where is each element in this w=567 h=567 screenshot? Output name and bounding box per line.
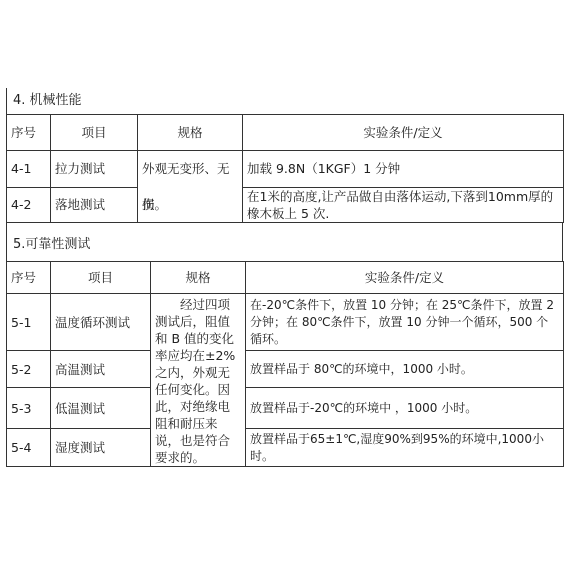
section-5-title: 5.可靠性测试 (6, 223, 563, 261)
header-condition: 实验条件/定义 (243, 115, 564, 151)
header-item: 项目 (51, 262, 151, 294)
row-id: 5-1 (7, 294, 51, 351)
table-header-row: 序号 项目 规格 实验条件/定义 (7, 115, 564, 151)
row-condition: 在1米的高度,让产品做自由落体运动,下落到10mm厚的橡木板上 5 次. (243, 187, 564, 223)
row-item: 温度循环测试 (51, 294, 151, 351)
row-item: 拉力测试 (51, 151, 138, 188)
row-condition: 加载 9.8N（1KGF）1 分钟 (243, 151, 564, 188)
row-item: 湿度测试 (51, 429, 151, 467)
row-condition: 放置样品于 80℃的环境中，1000 小时。 (246, 351, 564, 388)
table-row: 4-2 落地测试 在1米的高度,让产品做自由落体运动,下落到10mm厚的橡木板上… (7, 187, 564, 223)
reliability-test-table: 序号 项目 规格 实验条件/定义 5-1 温度循环测试 经过四项测试后，阻值和 … (6, 261, 564, 467)
row-condition: 在-20℃条件下，放置 10 分钟；在 25℃条件下，放置 2 分钟；在 80℃… (246, 294, 564, 351)
row-id: 5-3 (7, 388, 51, 429)
row-id: 5-2 (7, 351, 51, 388)
table-row: 5-2 高温测试 放置样品于 80℃的环境中，1000 小时。 (7, 351, 564, 388)
table-row: 4-1 拉力测试 外观无变形、无损 伤。 加载 9.8N（1KGF）1 分钟 (7, 151, 564, 188)
row-item: 高温测试 (51, 351, 151, 388)
row-item: 落地测试 (51, 187, 138, 223)
header-seq: 序号 (7, 262, 51, 294)
mechanical-performance-table: 序号 项目 规格 实验条件/定义 4-1 拉力测试 外观无变形、无损 伤。 加载… (6, 114, 564, 223)
row-id: 4-1 (7, 151, 51, 188)
row-id: 5-4 (7, 429, 51, 467)
header-seq: 序号 (7, 115, 51, 151)
row-condition: 放置样品于65±1℃,湿度90%到95%的环境中,1000小时。 (246, 429, 564, 467)
header-condition: 实验条件/定义 (246, 262, 564, 294)
document: 4. 机械性能 序号 项目 规格 实验条件/定义 4-1 拉力测试 外观无变形、… (6, 88, 563, 467)
table-row: 5-3 低温测试 放置样品于-20℃的环境中 ，1000 小时。 (7, 388, 564, 429)
row-spec: 外观无变形、无损 伤。 (138, 151, 243, 223)
spec-line-1: 外观无变形、无损 (142, 151, 238, 187)
row-spec: 经过四项测试后，阻值和 B 值的变化率应均在±2%之内，外观无任何变化。因此，对… (151, 294, 246, 467)
header-spec: 规格 (151, 262, 246, 294)
header-spec: 规格 (138, 115, 243, 151)
section-4-title: 4. 机械性能 (6, 88, 563, 114)
row-condition: 放置样品于-20℃的环境中 ，1000 小时。 (246, 388, 564, 429)
header-item: 项目 (51, 115, 138, 151)
row-item: 低温测试 (51, 388, 151, 429)
table-header-row: 序号 项目 规格 实验条件/定义 (7, 262, 564, 294)
row-id: 4-2 (7, 187, 51, 223)
table-row: 5-1 温度循环测试 经过四项测试后，阻值和 B 值的变化率应均在±2%之内，外… (7, 294, 564, 351)
spec-line-2: 伤。 (142, 187, 238, 222)
table-row: 5-4 湿度测试 放置样品于65±1℃,湿度90%到95%的环境中,1000小时… (7, 429, 564, 467)
